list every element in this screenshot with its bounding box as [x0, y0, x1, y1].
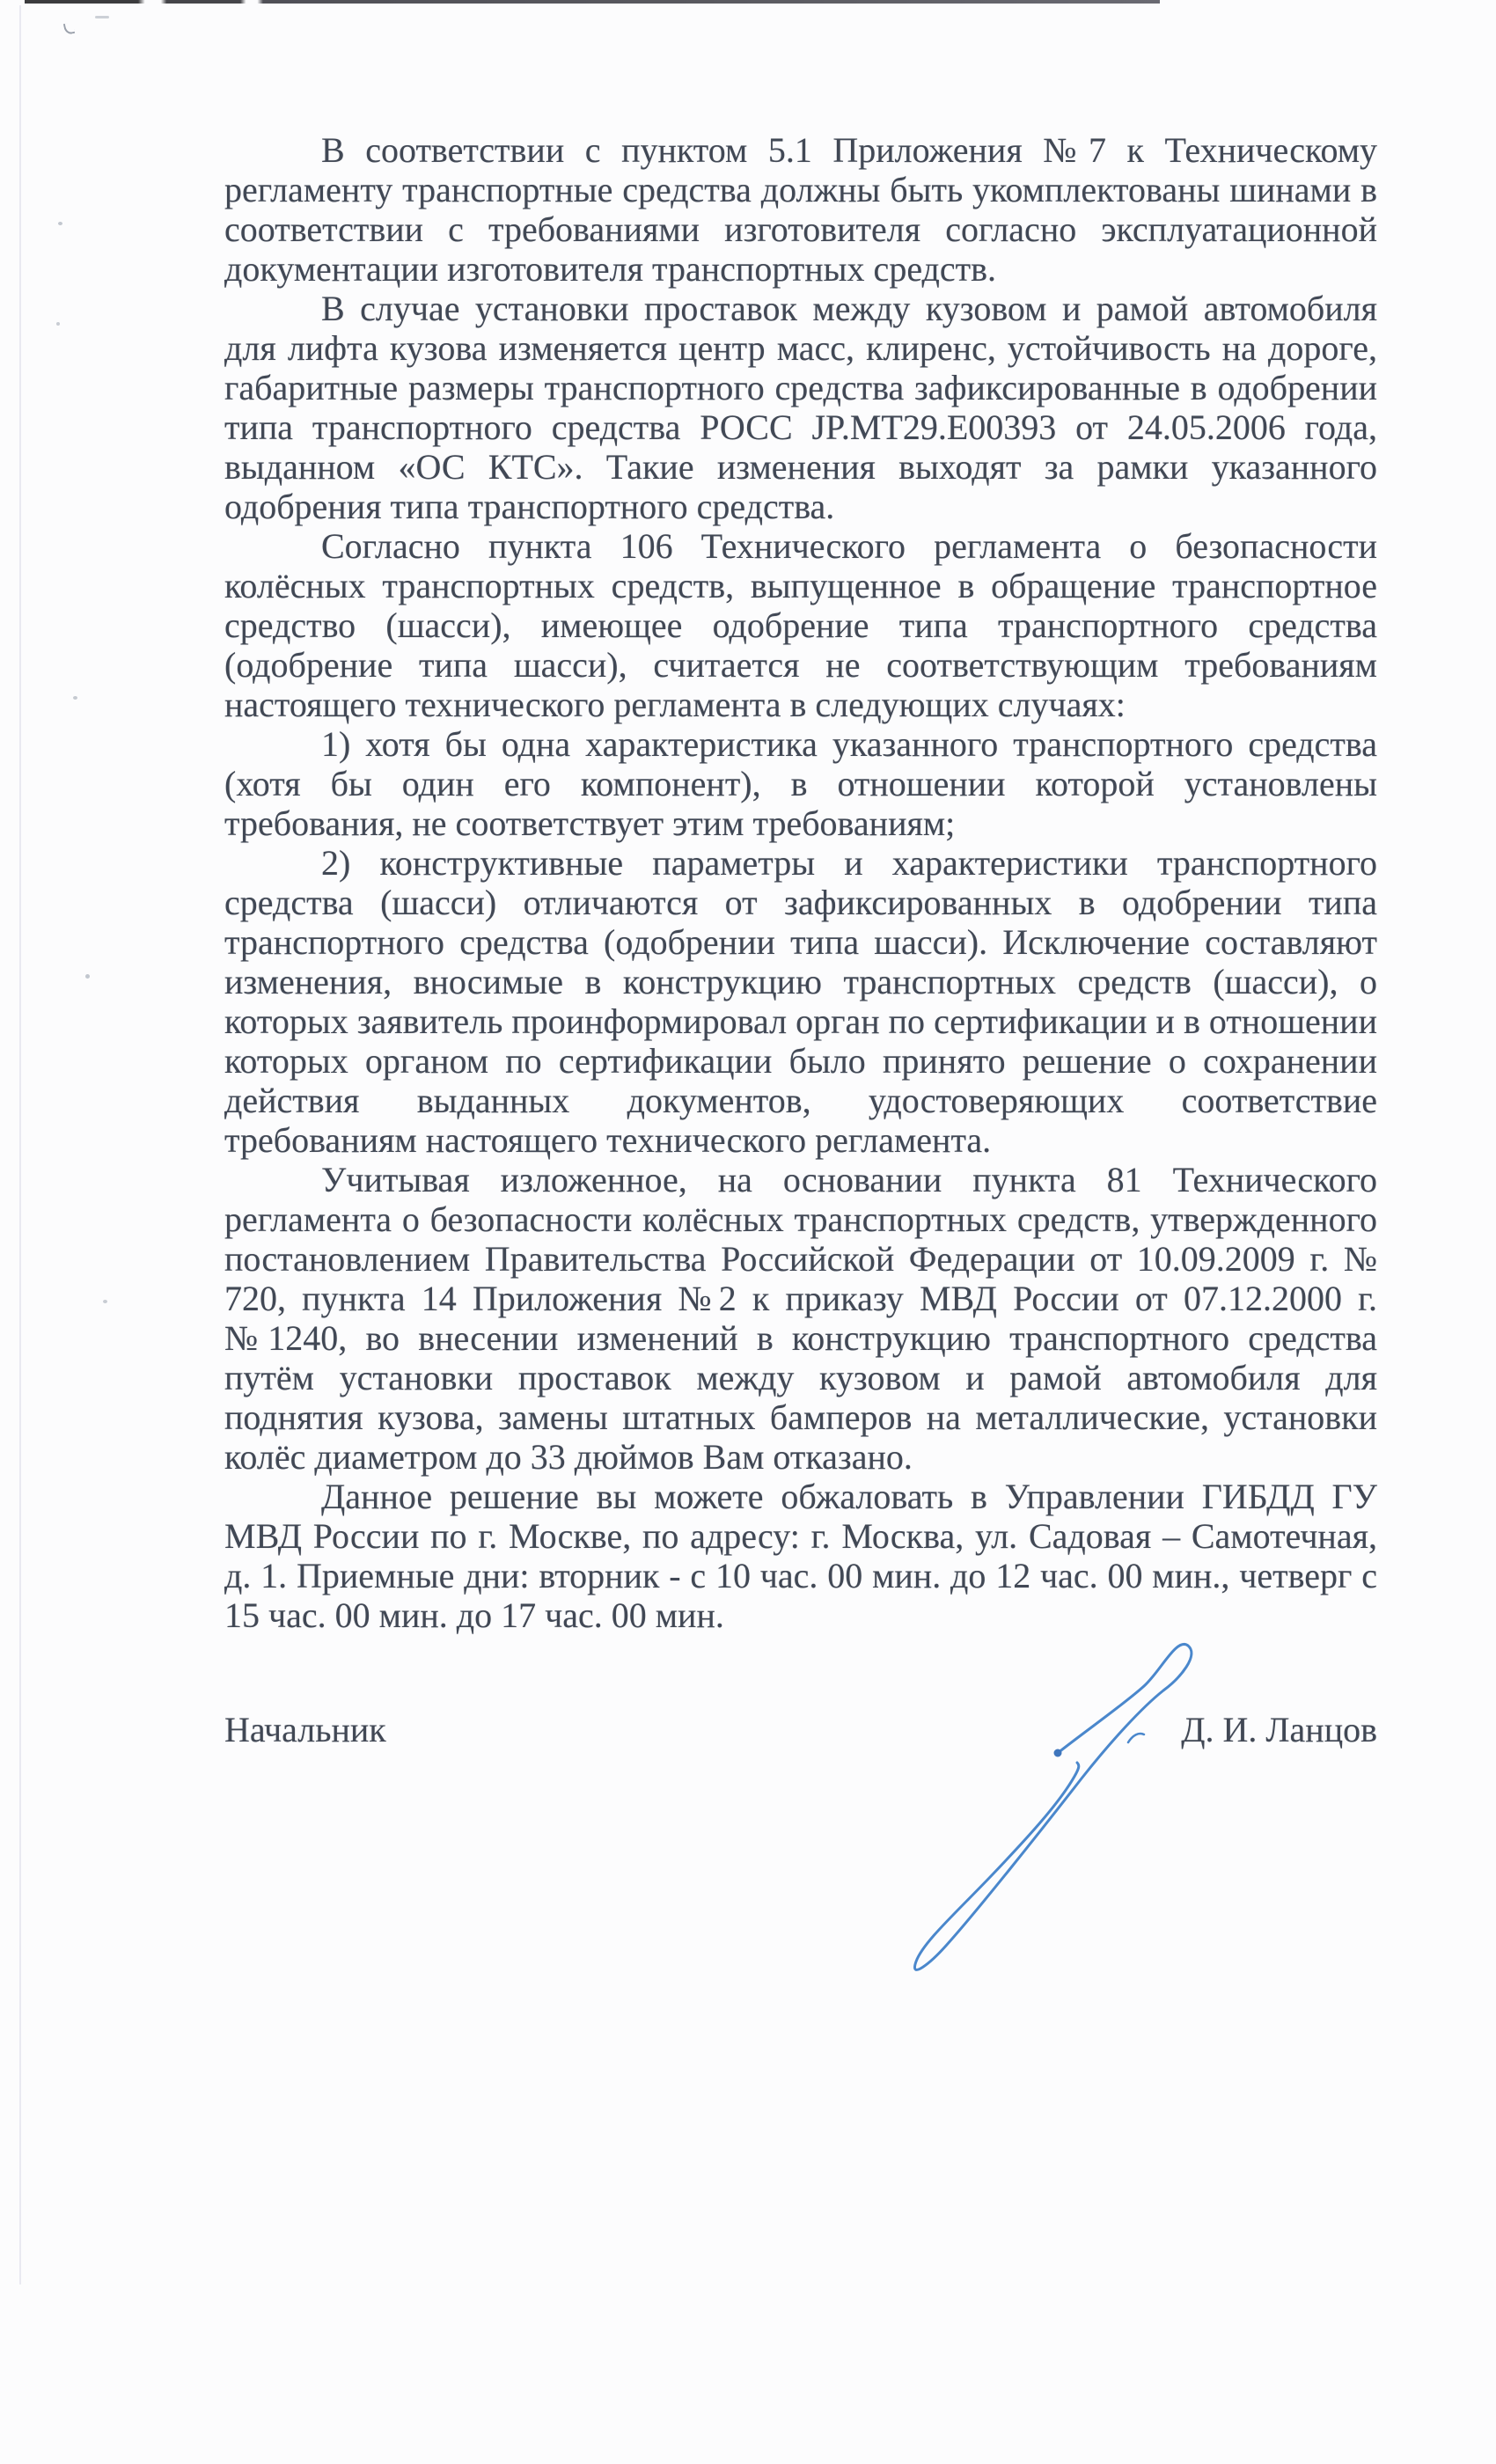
- scan-speck: [56, 322, 60, 326]
- list-item-2: 2) конструктивные параметры и характерис…: [224, 843, 1377, 1160]
- scan-edge-top-line: [25, 0, 1160, 4]
- scan-speck: [63, 22, 75, 35]
- paragraph-spacers-consequences: В случае установки проставок между кузов…: [224, 289, 1377, 526]
- signoff-row: Начальник Д. И. Ланцов: [224, 1709, 1377, 1750]
- scan-speck: [85, 974, 90, 979]
- handwritten-signature: [906, 1635, 1206, 1978]
- scan-speck: [103, 1300, 107, 1303]
- scan-edge-left-line: [19, 5, 21, 2284]
- paragraph-tyres-requirement: В соответствии с пунктом 5.1 Приложения …: [224, 130, 1377, 289]
- document-body: В соответствии с пунктом 5.1 Приложения …: [224, 130, 1377, 1635]
- paragraph-appeal-info: Данное решение вы можете обжаловать в Уп…: [224, 1477, 1377, 1635]
- list-item-1: 1) хотя бы одна характеристика указанног…: [224, 724, 1377, 843]
- paragraph-clause-106: Согласно пункта 106 Технического регламе…: [224, 526, 1377, 724]
- scan-speck: [95, 16, 109, 18]
- scan-speck: [73, 696, 77, 700]
- scanned-letter-page: В соответствии с пунктом 5.1 Приложения …: [0, 0, 1496, 2464]
- signature-stroke-svg: [906, 1635, 1206, 1978]
- signoff-name: Д. И. Ланцов: [1181, 1709, 1377, 1750]
- paragraph-refusal: Учитывая изложенное, на основании пункта…: [224, 1160, 1377, 1477]
- scan-speck: [58, 222, 62, 225]
- signoff-role: Начальник: [224, 1709, 386, 1750]
